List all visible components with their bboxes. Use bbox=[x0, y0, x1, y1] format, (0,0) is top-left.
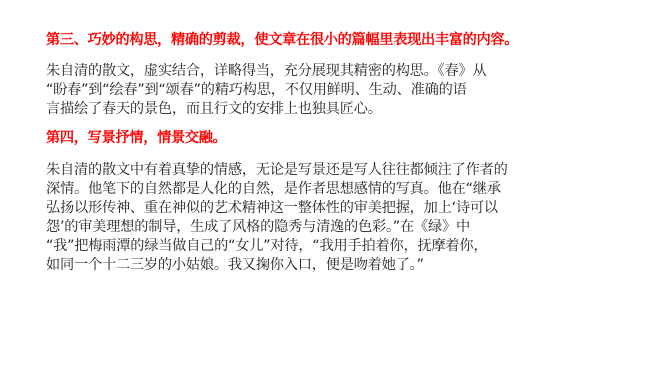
section-paragraph-fourth-point: 朱自清的散文中有着真挚的情感，无论是写景还是写人往往都倾注了作者的 深情。他笔下… bbox=[46, 161, 532, 275]
paragraph-line: 言描绘了春天的景色，而且行文的安排上也独具匠心。 bbox=[46, 100, 532, 119]
paragraph-line: 朱自清的散文中有着真挚的情感，无论是写景还是写人往往都倾注了作者的 bbox=[46, 161, 532, 180]
paragraph-line: 如同一个十二三岁的小姑娘。我又掬你入口，便是吻着她了。” bbox=[46, 256, 532, 275]
paragraph-line: 弘扬以形传神、重在神似的艺术精神这一整体性的审美把握，加上‘诗可以 bbox=[46, 199, 532, 218]
paragraph-line: 怨’的审美理想的制导，生成了风格的隐秀与清逸的色彩。”在《绿》中 bbox=[46, 218, 532, 237]
slide: 第三、巧妙的构思，精确的剪裁，使文章在很小的篇幅里表现出丰富的内容。 朱自清的散… bbox=[0, 0, 668, 376]
section-paragraph-third-point: 朱自清的散文，虚实结合，详略得当，充分展现其精密的构思。《春》从 “盼春”到“绘… bbox=[46, 62, 532, 119]
paragraph-line: “盼春”到“绘春”到“颂春”的精巧构思，不仅用鲜明、生动、准确的语 bbox=[46, 81, 532, 100]
section-heading-third-point: 第三、巧妙的构思，精确的剪裁，使文章在很小的篇幅里表现出丰富的内容。 bbox=[46, 31, 518, 50]
paragraph-line: 深情。他笔下的自然都是人化的自然，是作者思想感情的写真。他在“继承 bbox=[46, 180, 532, 199]
paragraph-line: “我”把梅雨潭的绿当做自己的“女儿”对待，“我用手拍着你，抚摩着你， bbox=[46, 237, 532, 256]
section-heading-fourth-point: 第四，写景抒情，情景交融。 bbox=[46, 129, 227, 148]
paragraph-line: 朱自清的散文，虚实结合，详略得当，充分展现其精密的构思。《春》从 bbox=[46, 62, 532, 81]
